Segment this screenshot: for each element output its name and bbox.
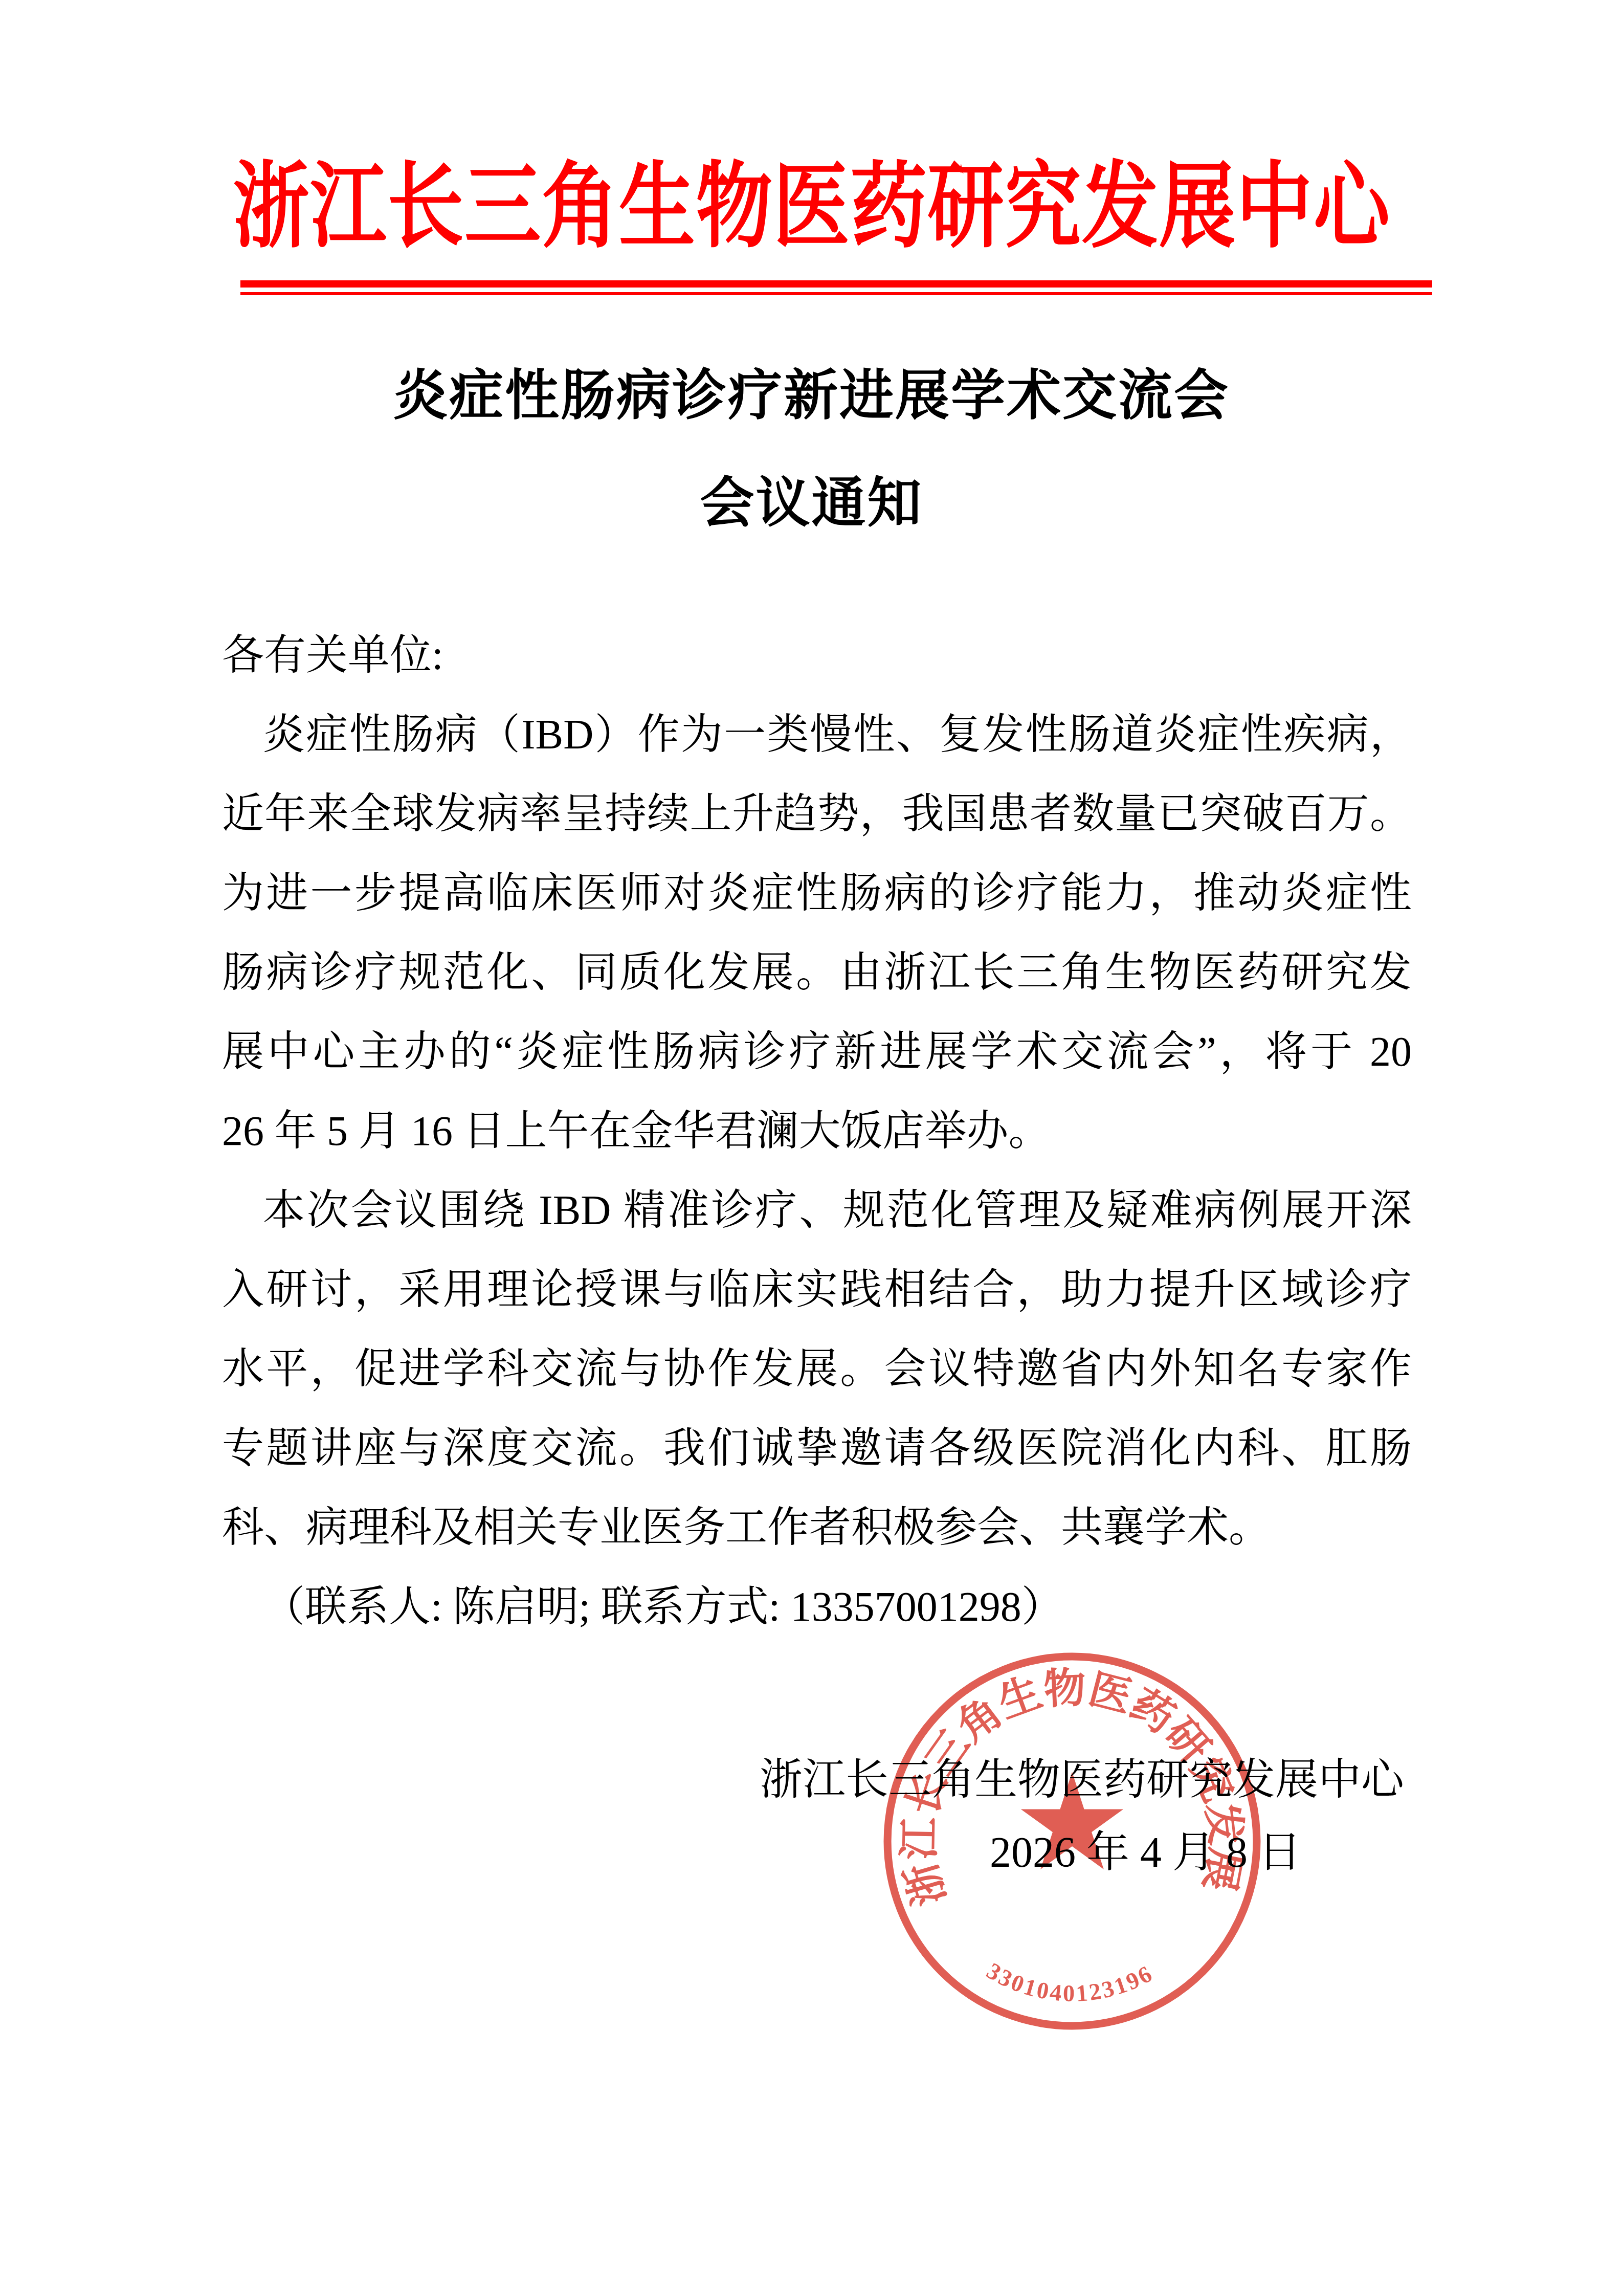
body-line: 水平，促进学科交流与协作发展。会议特邀省内外知名专家作	[222, 1344, 1412, 1394]
seal-ring-text: 浙江长三角生物医药研究发展中心	[877, 1646, 1249, 1911]
doc-title-line1: 炎症性肠病诊疗新进展学术交流会	[0, 367, 1623, 425]
header-rule-thin	[240, 292, 1432, 295]
body-line: 近年来全球发病率呈持续上升趋势，我国患者数量已突破百万。	[222, 789, 1412, 838]
seal-serial-number: 3301040123196	[982, 1957, 1157, 2006]
letterhead-org-name: 浙江长三角生物医药研究发展中心	[0, 158, 1623, 258]
body-line: 炎症性肠病（IBD）作为一类慢性、复发性肠道炎症性疾病，	[222, 710, 1412, 759]
body-line: 肠病诊疗规范化、同质化发展。由浙江长三角生物医药研究发	[222, 948, 1412, 997]
body-line: 入研讨，采用理论授课与临床实践相结合，助力提升区域诊疗	[222, 1265, 1412, 1314]
body-line: 为进一步提高临床医师对炎症性肠病的诊疗能力，推动炎症性	[222, 869, 1412, 918]
document-page: 浙江长三角生物医药研究发展中心 炎症性肠病诊疗新进展学术交流会 会议通知 各有关…	[0, 0, 1623, 2296]
doc-title-line2: 会议通知	[0, 475, 1623, 532]
body-line: 专题讲座与深度交流。我们诚挚邀请各级医院消化内科、肛肠	[222, 1424, 1412, 1473]
letterhead-text: 浙江长三角生物医药研究发展中心	[233, 158, 1390, 258]
body-line: 科、病理科及相关专业医务工作者积极参会、共襄学术。	[222, 1503, 1412, 1552]
body-line: 26 年 5 月 16 日上午在金华君澜大饭店举办。	[222, 1107, 1412, 1156]
header-rule-thick	[240, 280, 1432, 288]
body-salutation: 各有关单位:	[222, 631, 1412, 680]
body-line: 本次会议围绕 IBD 精准诊疗、规范化管理及疑难病例展开深	[222, 1186, 1412, 1235]
body-line: 展中心主办的“炎症性肠病诊疗新进展学术交流会”，将于 20	[222, 1027, 1412, 1076]
seal-star-icon	[1021, 1772, 1123, 1869]
official-seal-stamp: 浙江长三角生物医药研究发展中心 3301040123196	[877, 1646, 1267, 2036]
body-contact-line: （联系人: 陈启明; 联系方式: 13357001298）	[222, 1582, 1412, 1631]
